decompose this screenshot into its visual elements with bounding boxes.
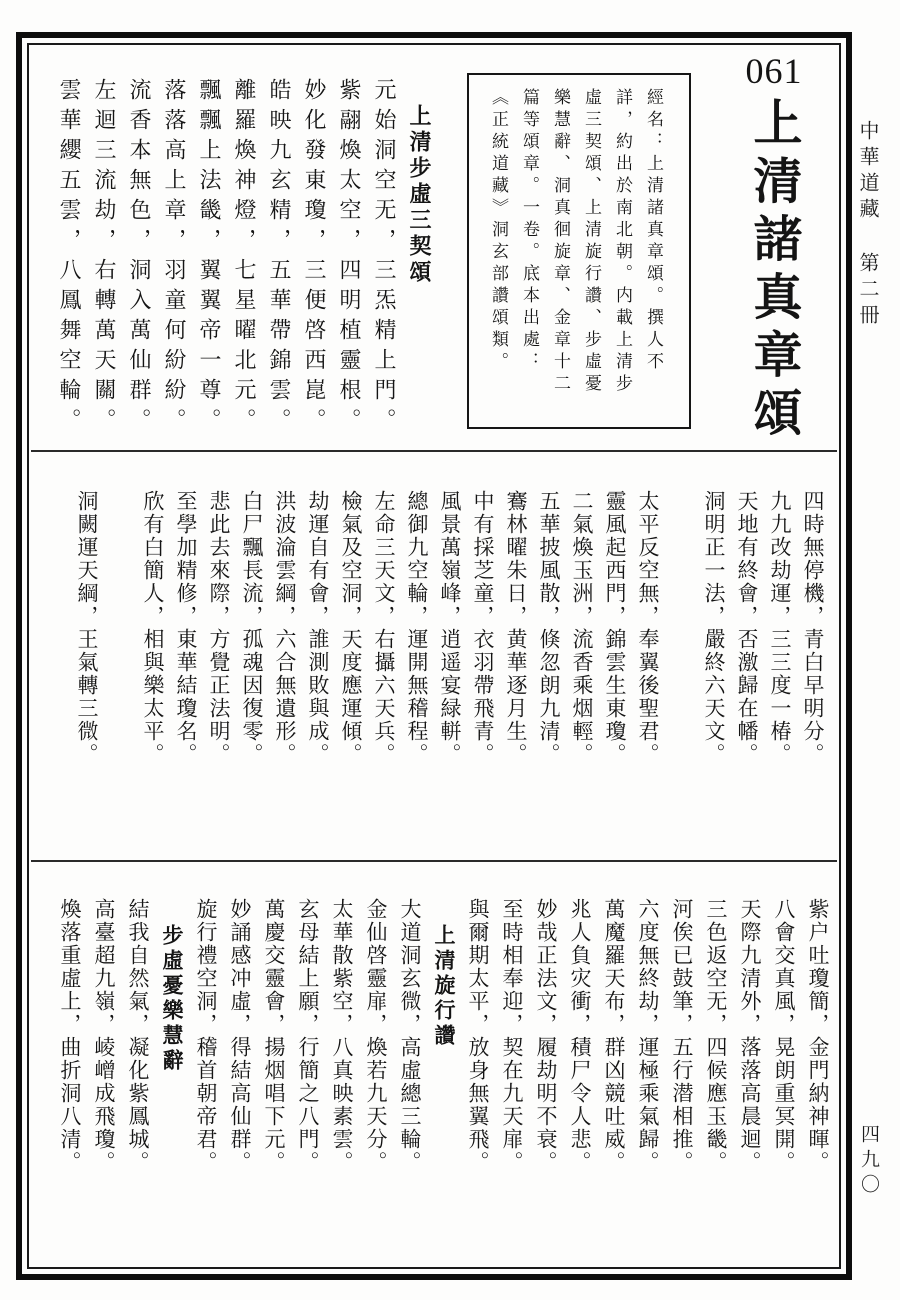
- page-frame-inner-rule: 061 上清諸真章頌 經名：上清諸真章頌。撰人不詳，約出於南北朝。内載上清步虛三…: [27, 43, 841, 1269]
- abstract-column: 經名：上清諸真章頌。撰人不: [638, 88, 669, 414]
- verse-column: 九九改劫運，三三度一椿。: [763, 490, 796, 772]
- verse-column: 二氣煥玉洲，流香乘烟輕。: [565, 490, 598, 772]
- edition-label: 中華道藏: [853, 120, 882, 224]
- page-frame: 061 上清諸真章頌 經名：上清諸真章頌。撰人不詳，約出於南北朝。内載上清步虛三…: [16, 32, 852, 1280]
- verse-column: 落落高上章，羽童何紛紛。: [157, 78, 192, 450]
- verse-column: 洞闕運天綱，王氣轉三微。: [70, 490, 103, 772]
- verse-column: 白尸飄長流，孤魂因復零。: [235, 490, 268, 772]
- verse-column: 高臺超九嶺，崚嶒成飛瓊。: [87, 898, 121, 1180]
- verse-column: 玄母結上願，行簡之八門。: [291, 898, 325, 1180]
- verse-column: 左迴三流劫，右轉萬天關。: [87, 78, 122, 450]
- abstract-box: 經名：上清諸真章頌。撰人不詳，約出於南北朝。内載上清步虛三契頌、上清旋行讚、步虛…: [467, 73, 691, 429]
- verse-column: 天地有終會，否激歸在幡。: [730, 490, 763, 772]
- verse-column: 天際九清外，落落高晨迴。: [733, 898, 767, 1180]
- verse-column: 皓映九玄精，五華帶錦雲。: [262, 78, 297, 450]
- abstract-column: 詳，約出於南北朝。内載上清步: [607, 88, 638, 414]
- section-3-verses: 紫户吐瓊簡，金門納神暉。八會交真風，晃朗重冥開。天際九清外，落落高晨迴。三色返空…: [53, 898, 835, 1180]
- verse-column: 太華散紫空，八真映素雲。: [325, 898, 359, 1180]
- verse-column: 流香本無色，洞入萬仙群。: [122, 78, 157, 450]
- verse-column: 妙誦感冲虛，得結高仙群。: [223, 898, 257, 1180]
- verse-column: 三色返空无，四候應玉畿。: [699, 898, 733, 1180]
- verse-column: 五華披風散，倏忽朗九清。: [532, 490, 565, 772]
- verse-column: 悲此去來際，方覺正法明。: [202, 490, 235, 772]
- section-2-verses: 四時無停機，青白早明分。九九改劫運，三三度一椿。天地有終會，否激歸在幡。洞明正一…: [70, 490, 829, 772]
- volume-label: 第二冊: [853, 252, 882, 330]
- verse-column: 煥落重虛上，曲折洞八清。: [53, 898, 87, 1180]
- verse-column: 妙化發東瓊，三便啓西崑。: [297, 78, 332, 450]
- verse-column: 元始洞空无，三炁精上門。: [367, 78, 402, 450]
- verse-column: 欣有白簡人，相與樂太平。: [136, 490, 169, 772]
- abstract-text: 經名：上清諸真章頌。撰人不詳，約出於南北朝。内載上清步虛三契頌、上清旋行讚、步虛…: [483, 88, 669, 414]
- verse-column: 大道洞玄微，高虛總三輪。: [393, 898, 427, 1180]
- verse-column: 萬慶交靈會，揚烟唱下元。: [257, 898, 291, 1180]
- verse-column: 兆人負灾衝，積尸令人悲。: [563, 898, 597, 1180]
- abstract-column: 《正統道藏》洞玄部讚頌類。: [483, 88, 514, 414]
- verse-column: 離羅煥神燈，七星曜北元。: [227, 78, 262, 450]
- verse-column: 洞明正一法，嚴終六天文。: [697, 490, 730, 772]
- verse-column: 至學加精修，東華結瓊名。: [169, 490, 202, 772]
- verse-column: 結我自然氣，凝化紫鳳城。: [121, 898, 155, 1180]
- verse-column: 鶱林曜朱日，黄華逐月生。: [499, 490, 532, 772]
- verse-column: 劫運自有會，誰測敗與成。: [301, 490, 334, 772]
- verse-column: 左命三天文，右攝六天兵。: [367, 490, 400, 772]
- verse-column: 金仙啓靈扉，煥若九天分。: [359, 898, 393, 1180]
- verse-column: 紫户吐瓊簡，金門納神暉。: [801, 898, 835, 1180]
- abstract-column: 篇等頌章。一卷。底本出處：: [514, 88, 545, 414]
- abstract-column: 虛三契頌、上清旋行讚、步虛憂: [576, 88, 607, 414]
- page-title: 上清諸真章頌: [739, 97, 809, 445]
- section-divider-1: [31, 450, 837, 452]
- page-content: 061 上清諸真章頌 經名：上清諸真章頌。撰人不詳，約出於南北朝。内載上清步虛三…: [29, 45, 839, 1267]
- verse-column: 檢氣及空洞，天度應運傾。: [334, 490, 367, 772]
- verse-column: 妙哉正法文，履劫明不衰。: [529, 898, 563, 1180]
- verse-column: 風景萬嶺峰，逍遥宴緑軿。: [433, 490, 466, 772]
- title-column: 061 上清諸真章頌: [739, 51, 809, 445]
- section-divider-2: [31, 860, 837, 862]
- verse-column: 與爾期太平，放身無翼飛。: [461, 898, 495, 1180]
- verse-column: 中有採芝童，衣羽帶飛青。: [466, 490, 499, 772]
- verse-column: 四時無停機，青白早明分。: [796, 490, 829, 772]
- verse-column: 河俟已鼓筆，五行潜相推。: [665, 898, 699, 1180]
- verse-column: 紫翮煥太空，四明植靈根。: [332, 78, 367, 450]
- catalogue-number: 061: [739, 51, 809, 91]
- abstract-column: 樂慧辭、洞真徊旋章、金章十二: [545, 88, 576, 414]
- verse-column: 萬魔羅天布，群凶競吐威。: [597, 898, 631, 1180]
- verse-column: 六度無終劫，運極乘氣歸。: [631, 898, 665, 1180]
- verse-column: 雲華纓五雲，八鳳舞空輪。: [52, 78, 87, 450]
- verse-column: 洪波淪雲綱，六合無遺形。: [268, 490, 301, 772]
- verse-column: 旋行禮空洞，稽首朝帝君。: [189, 898, 223, 1180]
- verse-column: 太平反空無，奉翼後聖君。: [631, 490, 664, 772]
- folio-number: 四九〇: [855, 1124, 882, 1199]
- verse-column: 八會交真風，晃朗重冥開。: [767, 898, 801, 1180]
- scanned-book-page: 中華道藏 第二冊 四九〇 061 上清諸真章頌 經名：上清諸真章頌。撰人不詳，約…: [0, 0, 900, 1300]
- verse-column: 飄飄上法畿，翼翼帝一尊。: [192, 78, 227, 450]
- verse-column: 靈風起西門，錦雲生東瓊。: [598, 490, 631, 772]
- verse-column: 總御九空輪，運開無稽程。: [400, 490, 433, 772]
- section-1-verses: 上清步虛三契頌元始洞空无，三炁精上門。紫翮煥太空，四明植靈根。妙化發東瓊，三便啓…: [52, 78, 437, 450]
- section-heading: 上清步虛三契頌: [402, 78, 437, 450]
- section-heading: 步虛憂樂慧辭: [155, 898, 189, 1180]
- verse-column: 至時相奉迎，契在九天扉。: [495, 898, 529, 1180]
- section-heading: 上清旋行讚: [427, 898, 461, 1180]
